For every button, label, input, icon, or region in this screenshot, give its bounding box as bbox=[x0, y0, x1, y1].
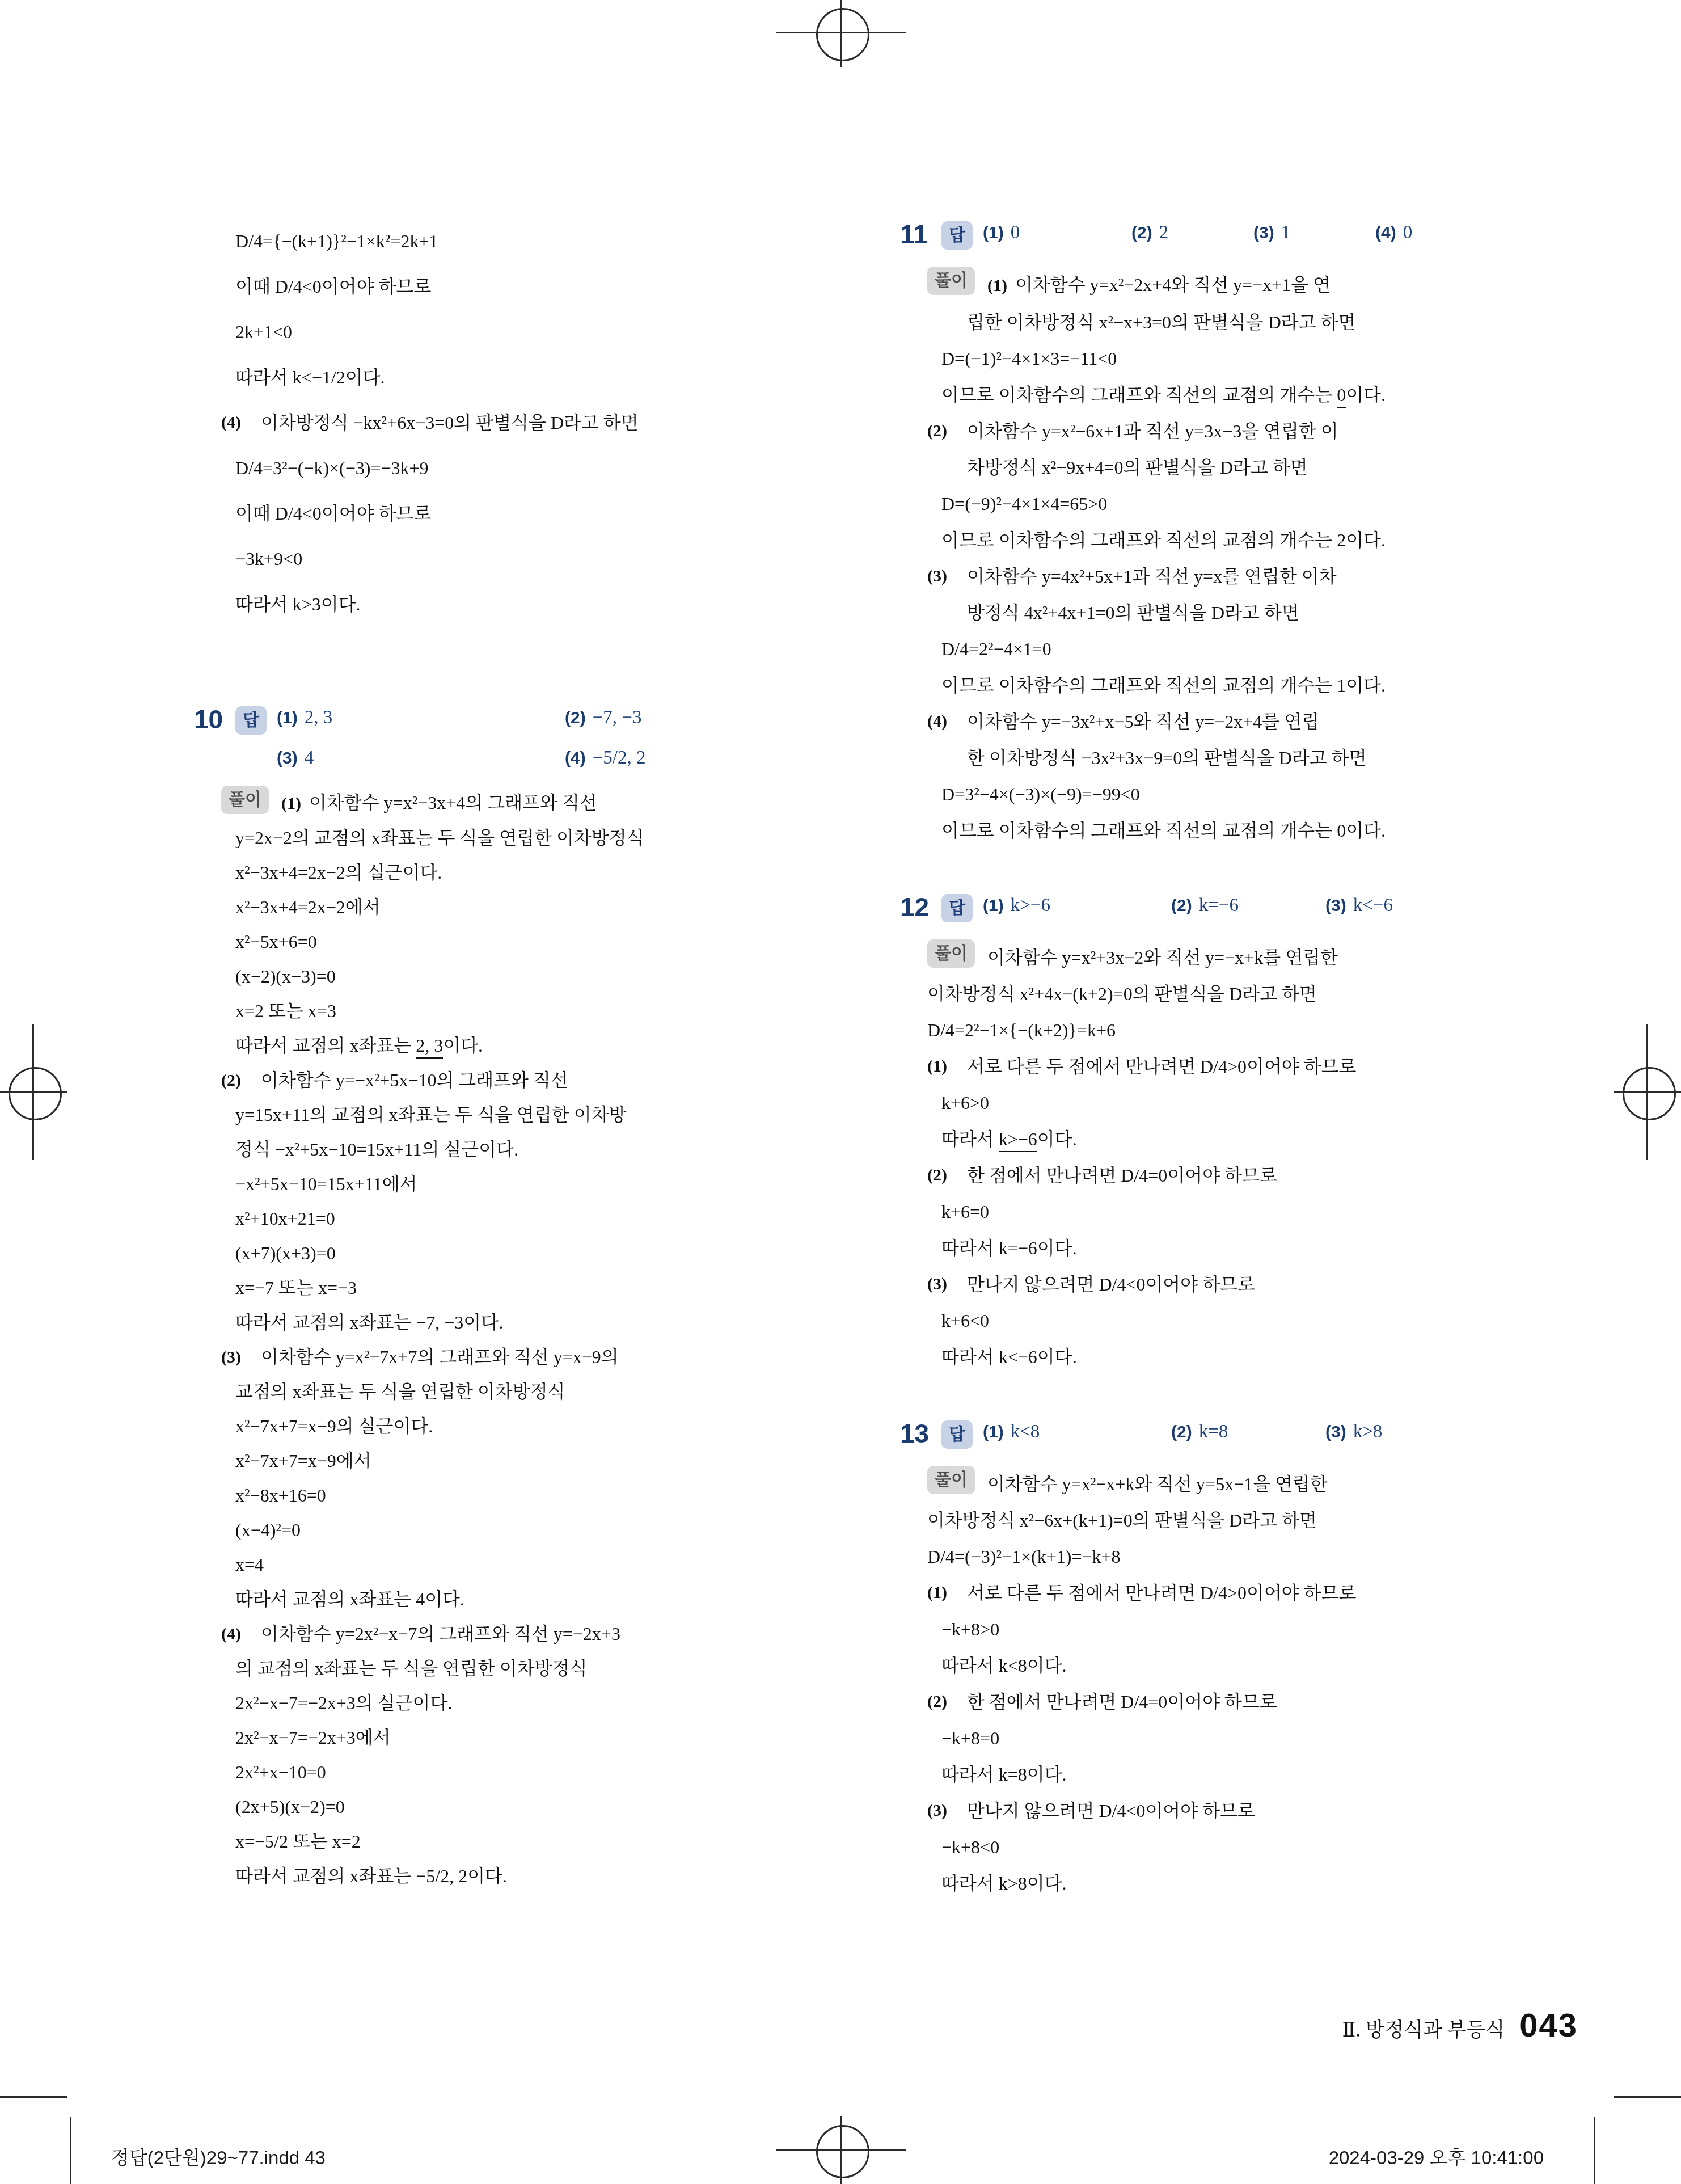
problem-header: 12답(1)k>−6(2)k=−6(3)k<−6 bbox=[927, 894, 1585, 922]
text: 따라서 k>3이다. bbox=[235, 594, 361, 614]
text: 따라서 k<8이다. bbox=[941, 1655, 1067, 1676]
text-line: (4)이차방정식 −kx²+6x−3=0의 판별식을 D라고 하면 bbox=[221, 400, 794, 445]
answer-item: (1)0 bbox=[983, 222, 1131, 243]
text-line: 이때 D/4<0이어야 하므로 bbox=[221, 491, 794, 536]
text-line: 따라서 k<−1/2이다. bbox=[221, 355, 794, 400]
text: 이차함수 y=x²−2x+4와 직선 y=−x+1을 연 bbox=[1015, 275, 1331, 295]
text: x²+10x+21=0 bbox=[235, 1208, 335, 1229]
answer-label: (1) bbox=[277, 709, 298, 727]
text: D=3²−4×(−3)×(−9)=−99<0 bbox=[941, 784, 1140, 804]
text-line: k+6=0 bbox=[927, 1194, 1585, 1230]
answer-label: (3) bbox=[1325, 1423, 1346, 1441]
text: x=4 bbox=[235, 1554, 264, 1575]
text: 이차함수 y=x²−3x+4의 그래프와 직선 bbox=[309, 792, 597, 813]
text-line: 따라서 k>3이다. bbox=[221, 581, 794, 627]
text: 이차방정식 −kx²+6x−3=0의 판별식을 D라고 하면 bbox=[261, 412, 639, 433]
answer-label: (1) bbox=[983, 896, 1004, 915]
text: 이때 D/4<0이어야 하므로 bbox=[235, 276, 431, 297]
answer-label: (1) bbox=[983, 224, 1004, 242]
problem-header: 11답(1)0(2)2(3)1(4)0 bbox=[927, 221, 1585, 250]
underlined-answer: 0 bbox=[1337, 385, 1346, 408]
solution-badge: 풀이 bbox=[221, 786, 269, 814]
answer-label: (2) bbox=[565, 709, 586, 727]
text-line: x=4 bbox=[221, 1548, 794, 1582]
text-line: 풀이이차함수 y=x²+3x−2와 직선 y=−x+k를 연립한 bbox=[927, 939, 1585, 976]
list-marker: (4) bbox=[221, 400, 241, 445]
text: k+6>0 bbox=[941, 1093, 989, 1113]
answer-item: (1)k>−6 bbox=[983, 895, 1171, 916]
text-line: 2k+1<0 bbox=[221, 309, 794, 355]
answer-item: (4)−5/2, 2 bbox=[565, 748, 645, 769]
list-marker: (1) bbox=[987, 276, 1007, 295]
text: 정식 −x²+5x−10=15x+11의 실근이다. bbox=[235, 1139, 518, 1160]
text-line: x=2 또는 x=3 bbox=[221, 994, 794, 1028]
answer-label: (2) bbox=[1171, 1423, 1192, 1441]
text-line: D=(−1)²−4×1×3=−11<0 bbox=[927, 340, 1585, 377]
text: 이차함수 y=x²−x+k와 직선 y=5x−1을 연립한 bbox=[987, 1474, 1328, 1494]
text: −k+8=0 bbox=[941, 1728, 999, 1748]
section-title: Ⅱ. 방정식과 부등식 bbox=[1342, 2014, 1505, 2043]
answers: (1)k>−6(2)k=−6(3)k<−6 bbox=[983, 895, 1393, 916]
list-marker: (4) bbox=[221, 1617, 241, 1651]
underlined-answer: 2, 3 bbox=[416, 1035, 443, 1059]
answer-value: −5/2, 2 bbox=[593, 748, 646, 768]
text-line: D/4={−(k+1)}²−1×k²=2k+1 bbox=[221, 218, 794, 264]
text-line: x=−7 또는 x=−3 bbox=[221, 1271, 794, 1305]
text-line: 이때 D/4<0이어야 하므로 bbox=[221, 264, 794, 309]
text-line: 립한 이차방정식 x²−x+3=0의 판별식을 D라고 하면 bbox=[927, 304, 1585, 340]
answer-item: (2)2 bbox=[1131, 222, 1253, 243]
answer-item: (1)2, 3 bbox=[277, 707, 565, 728]
answer-value: k=−6 bbox=[1199, 895, 1239, 916]
answer-item: (4)0 bbox=[1375, 222, 1412, 243]
text: −x²+5x−10=15x+11에서 bbox=[235, 1174, 417, 1194]
text: (x+7)(x+3)=0 bbox=[235, 1243, 336, 1263]
text: (x−2)(x−3)=0 bbox=[235, 966, 336, 986]
list-marker: (1) bbox=[927, 1048, 947, 1085]
text: 2x²+x−10=0 bbox=[235, 1762, 326, 1782]
answer-value: 2 bbox=[1159, 222, 1169, 243]
text: (x−4)²=0 bbox=[235, 1520, 301, 1540]
text-line: 따라서 k>8이다. bbox=[927, 1865, 1585, 1901]
text-line: 이므로 이차함수의 그래프와 직선의 교점의 개수는 0이다. bbox=[927, 812, 1585, 849]
answer-item: (3)4 bbox=[277, 748, 565, 769]
text: 따라서 k<−6이다. bbox=[941, 1347, 1077, 1367]
page-number: 043 bbox=[1519, 2006, 1578, 2044]
text-line: k+6>0 bbox=[927, 1085, 1585, 1121]
text-line: (2)이차함수 y=x²−6x+1과 직선 y=3x−3을 연립한 이 bbox=[927, 413, 1585, 449]
answer-value: 4 bbox=[305, 748, 314, 768]
problem-10: 10답(1)2, 3(2)−7, −3(3)4(4)−5/2, 2풀이(1)이차… bbox=[221, 706, 794, 1894]
list-marker: (2) bbox=[927, 1157, 947, 1194]
answer-value: 1 bbox=[1281, 222, 1291, 243]
text-line: (3)이차함수 y=x²−7x+7의 그래프와 직선 y=x−9의 bbox=[221, 1340, 794, 1375]
text-line: 교점의 x좌표는 두 식을 연립한 이차방정식 bbox=[221, 1375, 794, 1409]
text-line: D=3²−4×(−3)×(−9)=−99<0 bbox=[927, 776, 1585, 812]
list-marker: (3) bbox=[927, 1793, 947, 1829]
text-line: (3)만나지 않으려면 D/4<0이어야 하므로 bbox=[927, 1793, 1585, 1829]
text: 따라서 k=8이다. bbox=[941, 1764, 1067, 1785]
text: 이때 D/4<0이어야 하므로 bbox=[235, 503, 431, 524]
text-line: x²+10x+21=0 bbox=[221, 1201, 794, 1236]
answer-label: (3) bbox=[277, 749, 298, 768]
answer-item: (1)k<8 bbox=[983, 1422, 1171, 1443]
answer-label: (2) bbox=[1171, 896, 1192, 915]
answer-label: (4) bbox=[565, 749, 586, 768]
text-line: 의 교점의 x좌표는 두 식을 연립한 이차방정식 bbox=[221, 1651, 794, 1686]
text: 이차방정식 x²−6x+(k+1)=0의 판별식을 D라고 하면 bbox=[927, 1510, 1317, 1531]
text-line: 이므로 이차함수의 그래프와 직선의 교점의 개수는 0이다. bbox=[927, 377, 1585, 413]
text-line: x²−3x+4=2x−2의 실근이다. bbox=[221, 855, 794, 890]
text: D/4=(−3)²−1×(k+1)=−k+8 bbox=[927, 1546, 1121, 1567]
answer-item: (2)k=8 bbox=[1171, 1422, 1325, 1443]
text: 이다. bbox=[1037, 1129, 1077, 1149]
text: 따라서 k=−6이다. bbox=[941, 1238, 1077, 1258]
problem-13: 13답(1)k<8(2)k=8(3)k>8풀이이차함수 y=x²−x+k와 직선… bbox=[927, 1420, 1585, 1901]
text: 이차함수 y=−3x²+x−5와 직선 y=−2x+4를 연립 bbox=[967, 711, 1319, 732]
text: 2x²−x−7=−2x+3의 실근이다. bbox=[235, 1693, 452, 1713]
text-line: y=2x−2의 교점의 x좌표는 두 식을 연립한 이차방정식 bbox=[221, 821, 794, 855]
text-line: 이므로 이차함수의 그래프와 직선의 교점의 개수는 2이다. bbox=[927, 522, 1585, 558]
problem-number: 11 bbox=[900, 219, 928, 250]
text-line: 한 이차방정식 −3x²+3x−9=0의 판별식을 D라고 하면 bbox=[927, 740, 1585, 776]
text: 이차함수 y=−x²+5x−10의 그래프와 직선 bbox=[261, 1070, 568, 1090]
text: D/4=3²−(−k)×(−3)=−3k+9 bbox=[235, 458, 429, 478]
text: 이므로 이차함수의 그래프와 직선의 교점의 개수는 2이다. bbox=[941, 530, 1386, 550]
text-line: 정식 −x²+5x−10=15x+11의 실근이다. bbox=[221, 1132, 794, 1167]
text-line: 따라서 교점의 x좌표는 −5/2, 2이다. bbox=[221, 1859, 794, 1894]
text-line: k+6<0 bbox=[927, 1302, 1585, 1339]
text: 서로 다른 두 점에서 만나려면 D/4>0이어야 하므로 bbox=[967, 1056, 1356, 1077]
answer-value: k=8 bbox=[1199, 1422, 1228, 1442]
text: x²−3x+4=2x−2의 실근이다. bbox=[235, 862, 442, 883]
text-line: (4)이차함수 y=2x²−x−7의 그래프와 직선 y=−2x+3 bbox=[221, 1617, 794, 1651]
text-line: (1)서로 다른 두 점에서 만나려면 D/4>0이어야 하므로 bbox=[927, 1575, 1585, 1611]
answers: (1)k<8(2)k=8(3)k>8 bbox=[983, 1422, 1382, 1443]
text: 따라서 bbox=[941, 1129, 999, 1149]
text: 따라서 교점의 x좌표는 bbox=[235, 1035, 416, 1056]
text-line: 2x²−x−7=−2x+3에서 bbox=[221, 1721, 794, 1755]
text-line: 따라서 k<8이다. bbox=[927, 1647, 1585, 1684]
text-line: (x−4)²=0 bbox=[221, 1513, 794, 1548]
problem-12: 12답(1)k>−6(2)k=−6(3)k<−6풀이이차함수 y=x²+3x−2… bbox=[927, 894, 1585, 1375]
text: x=−5/2 또는 x=2 bbox=[235, 1831, 361, 1852]
answer-item: (2)k=−6 bbox=[1171, 895, 1325, 916]
answer-item: (3)k>8 bbox=[1325, 1422, 1382, 1443]
text-line: x²−3x+4=2x−2에서 bbox=[221, 890, 794, 925]
text-line: 풀이(1)이차함수 y=x²−2x+4와 직선 y=−x+1을 연 bbox=[927, 267, 1585, 304]
text: k+6=0 bbox=[941, 1201, 989, 1222]
right-column: 11답(1)0(2)2(3)1(4)0풀이(1)이차함수 y=x²−2x+4와 … bbox=[927, 221, 1585, 1901]
text: 한 점에서 만나려면 D/4=0이어야 하므로 bbox=[967, 1165, 1277, 1186]
text: 서로 다른 두 점에서 만나려면 D/4>0이어야 하므로 bbox=[967, 1583, 1356, 1603]
text: 이므로 이차함수의 그래프와 직선의 교점의 개수는 bbox=[941, 385, 1337, 405]
problem-header: 10답(1)2, 3(2)−7, −3(3)4(4)−5/2, 2 bbox=[221, 706, 794, 769]
answer-label: (3) bbox=[1253, 224, 1274, 242]
answer-value: k<−6 bbox=[1353, 895, 1393, 916]
list-marker: (2) bbox=[927, 1684, 947, 1720]
text: x²−7x+7=x−9의 실근이다. bbox=[235, 1416, 433, 1436]
print-filename: 정답(2단원)29~77.indd 43 bbox=[111, 2143, 326, 2170]
answer-badge: 답 bbox=[941, 1420, 973, 1449]
text-line: 따라서 k<−6이다. bbox=[927, 1339, 1585, 1375]
answer-value: 0 bbox=[1403, 222, 1413, 243]
answer-badge: 답 bbox=[941, 894, 973, 922]
text-line: 이차방정식 x²−6x+(k+1)=0의 판별식을 D라고 하면 bbox=[927, 1502, 1585, 1538]
solution-badge: 풀이 bbox=[927, 939, 975, 968]
text: D/4={−(k+1)}²−1×k²=2k+1 bbox=[235, 231, 438, 251]
text-line: (x−2)(x−3)=0 bbox=[221, 959, 794, 994]
text-line: x²−7x+7=x−9에서 bbox=[221, 1444, 794, 1478]
answers: (1)2, 3(2)−7, −3(3)4(4)−5/2, 2 bbox=[277, 707, 645, 769]
text: D=(−9)²−4×1×4=65>0 bbox=[941, 494, 1107, 514]
list-marker: (1) bbox=[281, 794, 301, 813]
answer-label: (3) bbox=[1325, 896, 1346, 915]
text-line: D/4=2²−1×{−(k+2)}=k+6 bbox=[927, 1012, 1585, 1048]
answer-badge: 답 bbox=[941, 221, 973, 250]
text: 따라서 교점의 x좌표는 −5/2, 2이다. bbox=[235, 1866, 507, 1886]
text-line: 따라서 교점의 x좌표는 2, 3이다. bbox=[221, 1028, 794, 1063]
text: 이차함수 y=2x²−x−7의 그래프와 직선 y=−2x+3 bbox=[261, 1624, 620, 1644]
text: 따라서 k<−1/2이다. bbox=[235, 367, 385, 387]
left-column: D/4={−(k+1)}²−1×k²=2k+1이때 D/4<0이어야 하므로2k… bbox=[221, 218, 794, 1894]
text: 따라서 교점의 x좌표는 −7, −3이다. bbox=[235, 1312, 503, 1333]
text-line: 방정식 4x²+4x+1=0의 판별식을 D라고 하면 bbox=[927, 595, 1585, 631]
text-line: x²−5x+6=0 bbox=[221, 925, 794, 959]
text: x²−7x+7=x−9에서 bbox=[235, 1451, 371, 1471]
text-line: 이차방정식 x²+4x−(k+2)=0의 판별식을 D라고 하면 bbox=[927, 976, 1585, 1012]
text-line: −k+8=0 bbox=[927, 1720, 1585, 1756]
text-line: (3)이차함수 y=4x²+5x+1과 직선 y=x를 연립한 이차 bbox=[927, 558, 1585, 595]
text: 방정식 4x²+4x+1=0의 판별식을 D라고 하면 bbox=[967, 602, 1299, 623]
answers: (1)0(2)2(3)1(4)0 bbox=[983, 222, 1412, 243]
text-line: 따라서 k>−6이다. bbox=[927, 1121, 1585, 1157]
answer-item: (2)−7, −3 bbox=[565, 707, 645, 728]
text: 만나지 않으려면 D/4<0이어야 하므로 bbox=[967, 1801, 1255, 1821]
answer-value: 0 bbox=[1011, 222, 1020, 243]
text-line: x²−7x+7=x−9의 실근이다. bbox=[221, 1409, 794, 1444]
problem-number: 13 bbox=[900, 1418, 929, 1449]
continuation-block: D/4={−(k+1)}²−1×k²=2k+1이때 D/4<0이어야 하므로2k… bbox=[221, 218, 794, 627]
list-marker: (3) bbox=[927, 1266, 947, 1302]
text-line: 따라서 k=8이다. bbox=[927, 1756, 1585, 1793]
text: 립한 이차방정식 x²−x+3=0의 판별식을 D라고 하면 bbox=[967, 312, 1355, 332]
text: D/4=2²−4×1=0 bbox=[941, 639, 1051, 659]
text-line: −k+8<0 bbox=[927, 1829, 1585, 1865]
text-line: 따라서 k=−6이다. bbox=[927, 1230, 1585, 1266]
solution-badge: 풀이 bbox=[927, 267, 975, 295]
list-marker: (1) bbox=[927, 1575, 947, 1611]
text: D=(−1)²−4×1×3=−11<0 bbox=[941, 348, 1117, 369]
text-line: (2)한 점에서 만나려면 D/4=0이어야 하므로 bbox=[927, 1157, 1585, 1194]
text-line: (3)만나지 않으려면 D/4<0이어야 하므로 bbox=[927, 1266, 1585, 1302]
answer-value: k>8 bbox=[1353, 1422, 1383, 1442]
print-datetime: 2024-03-29 오후 10:41:00 bbox=[1329, 2143, 1544, 2170]
text-line: 따라서 교점의 x좌표는 −7, −3이다. bbox=[221, 1305, 794, 1340]
text: −k+8>0 bbox=[941, 1619, 999, 1639]
list-marker: (3) bbox=[221, 1340, 241, 1375]
problem-11: 11답(1)0(2)2(3)1(4)0풀이(1)이차함수 y=x²−2x+4와 … bbox=[927, 221, 1585, 849]
text: 이므로 이차함수의 그래프와 직선의 교점의 개수는 0이다. bbox=[941, 820, 1386, 841]
text: 이다. bbox=[1346, 385, 1386, 405]
text: 교점의 x좌표는 두 식을 연립한 이차방정식 bbox=[235, 1381, 565, 1402]
text-line: (2x+5)(x−2)=0 bbox=[221, 1790, 794, 1824]
text-line: D/4=(−3)²−1×(k+1)=−k+8 bbox=[927, 1538, 1585, 1575]
answer-value: k<8 bbox=[1011, 1422, 1040, 1442]
problem-header: 13답(1)k<8(2)k=8(3)k>8 bbox=[927, 1420, 1585, 1449]
text: x=−7 또는 x=−3 bbox=[235, 1277, 357, 1298]
problem-number: 12 bbox=[900, 892, 929, 922]
text-line: D/4=3²−(−k)×(−3)=−3k+9 bbox=[221, 445, 794, 491]
answer-label: (1) bbox=[983, 1423, 1004, 1441]
text-line: −k+8>0 bbox=[927, 1611, 1585, 1647]
text: 2k+1<0 bbox=[235, 322, 292, 342]
text: 2x²−x−7=−2x+3에서 bbox=[235, 1727, 391, 1748]
text: 이차함수 y=x²+3x−2와 직선 y=−x+k를 연립한 bbox=[987, 947, 1338, 968]
text: x²−8x+16=0 bbox=[235, 1485, 326, 1506]
text-line: (2)한 점에서 만나려면 D/4=0이어야 하므로 bbox=[927, 1684, 1585, 1720]
answer-label: (2) bbox=[1131, 224, 1152, 242]
text-line: D=(−9)²−4×1×4=65>0 bbox=[927, 486, 1585, 522]
text-line: D/4=2²−4×1=0 bbox=[927, 631, 1585, 667]
text-line: 풀이이차함수 y=x²−x+k와 직선 y=5x−1을 연립한 bbox=[927, 1466, 1585, 1502]
text: x²−5x+6=0 bbox=[235, 931, 317, 952]
text: x²−3x+4=2x−2에서 bbox=[235, 897, 381, 917]
text: k+6<0 bbox=[941, 1310, 989, 1331]
text: (2x+5)(x−2)=0 bbox=[235, 1797, 345, 1817]
text: 이다. bbox=[443, 1035, 483, 1056]
text: 이차함수 y=4x²+5x+1과 직선 y=x를 연립한 이차 bbox=[967, 566, 1337, 587]
text-line: 이므로 이차함수의 그래프와 직선의 교점의 개수는 1이다. bbox=[927, 667, 1585, 703]
list-marker: (2) bbox=[221, 1063, 241, 1098]
text: −3k+9<0 bbox=[235, 549, 302, 569]
text-line: 따라서 교점의 x좌표는 4이다. bbox=[221, 1582, 794, 1617]
text-line: (2)이차함수 y=−x²+5x−10의 그래프와 직선 bbox=[221, 1063, 794, 1098]
text: 이차함수 y=x²−7x+7의 그래프와 직선 y=x−9의 bbox=[261, 1347, 619, 1367]
text: 이차방정식 x²+4x−(k+2)=0의 판별식을 D라고 하면 bbox=[927, 984, 1317, 1004]
book-footer: Ⅱ. 방정식과 부등식 043 bbox=[1342, 2006, 1578, 2044]
text-line: −x²+5x−10=15x+11에서 bbox=[221, 1167, 794, 1201]
solution-badge: 풀이 bbox=[927, 1466, 975, 1494]
text-line: 차방정식 x²−9x+4=0의 판별식을 D라고 하면 bbox=[927, 449, 1585, 486]
text: 이차함수 y=x²−6x+1과 직선 y=3x−3을 연립한 이 bbox=[967, 421, 1338, 441]
text: 의 교점의 x좌표는 두 식을 연립한 이차방정식 bbox=[235, 1658, 587, 1679]
text: y=2x−2의 교점의 x좌표는 두 식을 연립한 이차방정식 bbox=[235, 828, 644, 848]
problem-number: 10 bbox=[194, 704, 223, 735]
text: 차방정식 x²−9x+4=0의 판별식을 D라고 하면 bbox=[967, 457, 1308, 478]
text-line: 풀이(1)이차함수 y=x²−3x+4의 그래프와 직선 bbox=[221, 786, 794, 821]
text: y=15x+11의 교점의 x좌표는 두 식을 연립한 이차방 bbox=[235, 1104, 627, 1125]
list-marker: (4) bbox=[927, 703, 947, 740]
text-line: (4)이차함수 y=−3x²+x−5와 직선 y=−2x+4를 연립 bbox=[927, 703, 1585, 740]
text-line: 2x²−x−7=−2x+3의 실근이다. bbox=[221, 1686, 794, 1721]
text-line: y=15x+11의 교점의 x좌표는 두 식을 연립한 이차방 bbox=[221, 1098, 794, 1132]
answer-label: (4) bbox=[1375, 224, 1396, 242]
answer-badge: 답 bbox=[235, 706, 267, 735]
textbook-answer-page: D/4={−(k+1)}²−1×k²=2k+1이때 D/4<0이어야 하므로2k… bbox=[0, 0, 1681, 2184]
answer-value: k>−6 bbox=[1011, 895, 1050, 916]
text-line: 2x²+x−10=0 bbox=[221, 1755, 794, 1790]
answer-item: (3)1 bbox=[1253, 222, 1375, 243]
text: D/4=2²−1×{−(k+2)}=k+6 bbox=[927, 1020, 1116, 1040]
text: 만나지 않으려면 D/4<0이어야 하므로 bbox=[967, 1274, 1255, 1295]
text-line: (1)서로 다른 두 점에서 만나려면 D/4>0이어야 하므로 bbox=[927, 1048, 1585, 1085]
text: 이므로 이차함수의 그래프와 직선의 교점의 개수는 1이다. bbox=[941, 675, 1386, 695]
text-line: x=−5/2 또는 x=2 bbox=[221, 1824, 794, 1859]
list-marker: (3) bbox=[927, 558, 947, 595]
answer-item: (3)k<−6 bbox=[1325, 895, 1393, 916]
text: 한 이차방정식 −3x²+3x−9=0의 판별식을 D라고 하면 bbox=[967, 748, 1367, 768]
answer-value: 2, 3 bbox=[305, 707, 333, 728]
text-line: x²−8x+16=0 bbox=[221, 1478, 794, 1513]
text-line: −3k+9<0 bbox=[221, 536, 794, 581]
list-marker: (2) bbox=[927, 413, 947, 449]
text: 따라서 교점의 x좌표는 4이다. bbox=[235, 1589, 464, 1609]
underlined-answer: k>−6 bbox=[999, 1129, 1037, 1152]
answer-value: −7, −3 bbox=[593, 707, 642, 728]
text: −k+8<0 bbox=[941, 1837, 999, 1857]
text: x=2 또는 x=3 bbox=[235, 1001, 336, 1021]
text: 한 점에서 만나려면 D/4=0이어야 하므로 bbox=[967, 1692, 1277, 1712]
text-line: (x+7)(x+3)=0 bbox=[221, 1236, 794, 1271]
text: 따라서 k>8이다. bbox=[941, 1873, 1067, 1894]
